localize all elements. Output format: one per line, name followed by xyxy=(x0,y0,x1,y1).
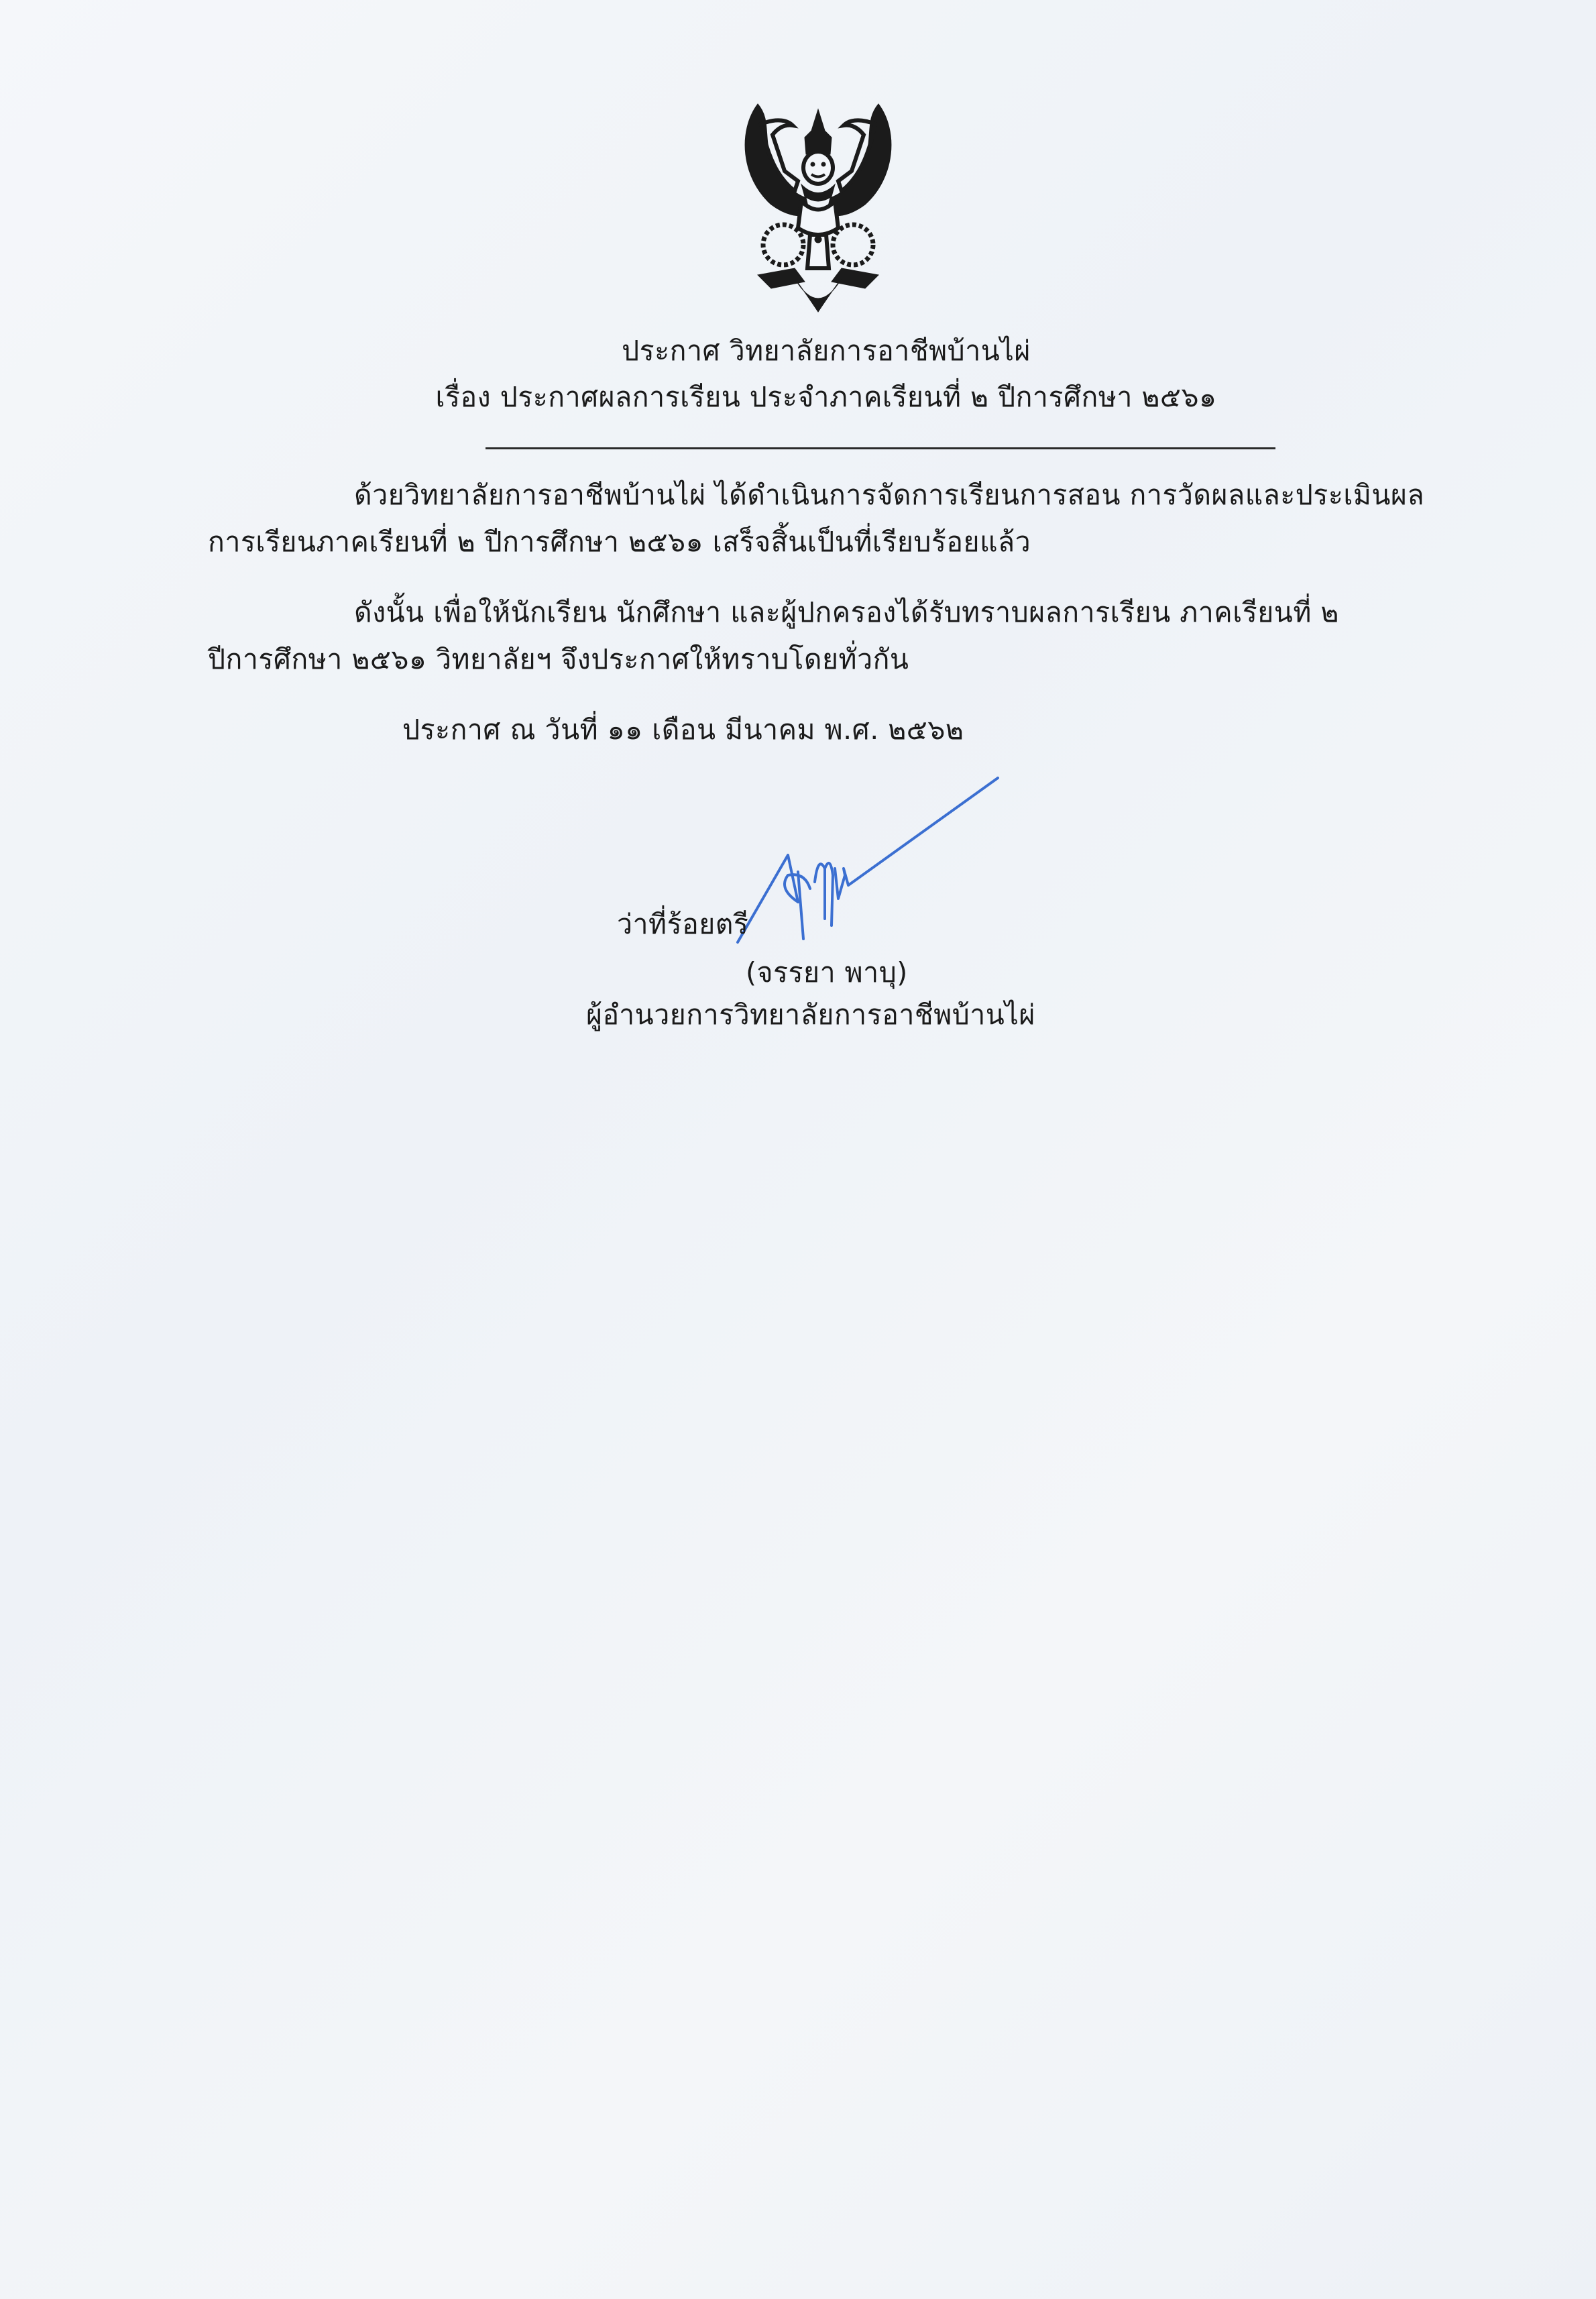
announcement-subject: เรื่อง ประกาศผลการเรียน ประจำภาคเรียนที่… xyxy=(435,384,1216,411)
title-divider xyxy=(486,447,1275,449)
announcement-date: ประกาศ ณ วันที่ ๑๑ เดือน มีนาคม พ.ศ. ๒๕๖… xyxy=(402,716,964,744)
paragraph-2-line-2: ปีการศึกษา ๒๕๖๑ วิทยาลัยฯ จึงประกาศให้ทร… xyxy=(208,646,909,673)
signatory-rank: ว่าที่ร้อยตรี xyxy=(617,911,748,938)
document-page: ประกาศ วิทยาลัยการอาชีพบ้านไผ่ เรื่อง ปร… xyxy=(0,0,1596,2299)
paragraph-1-line-1: ด้วยวิทยาลัยการอาชีพบ้านไผ่ ได้ดำเนินการ… xyxy=(354,482,1424,509)
signatory-position: ผู้อำนวยการวิทยาลัยการอาชีพบ้านไผ่ xyxy=(586,1001,1035,1029)
garuda-emblem-icon xyxy=(731,91,905,315)
signature-mark xyxy=(731,775,1006,949)
paragraph-1-line-2: การเรียนภาคเรียนที่ ๒ ปีการศึกษา ๒๕๖๑ เส… xyxy=(208,528,1031,556)
paragraph-2-line-1: ดังนั้น เพื่อให้นักเรียน นักศึกษา และผู้… xyxy=(354,599,1339,626)
signatory-name: (จรรยา พาบุ) xyxy=(746,959,908,987)
announcement-title: ประกาศ วิทยาลัยการอาชีพบ้านไผ่ xyxy=(622,337,1031,365)
